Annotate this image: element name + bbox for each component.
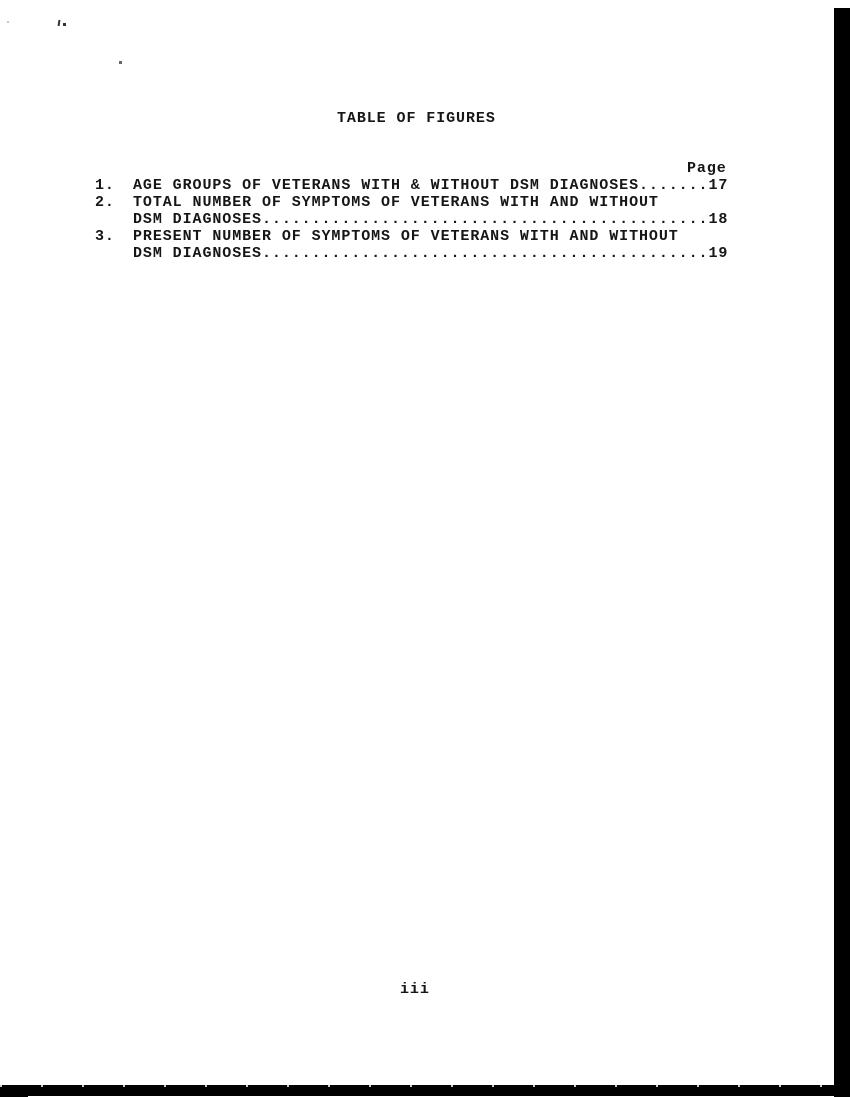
scan-speck bbox=[58, 20, 61, 26]
folio-page-number: iii bbox=[400, 981, 430, 998]
dot-leader: ....... bbox=[639, 177, 708, 194]
entry-title: PRESENT NUMBER OF SYMPTOMS OF VETERANS W… bbox=[133, 228, 679, 245]
page-title: TABLE OF FIGURES bbox=[337, 110, 496, 127]
dot-leader: ........................................… bbox=[262, 211, 708, 228]
scan-edge-right bbox=[834, 8, 850, 1097]
scan-speck bbox=[63, 23, 66, 26]
entry-title-continuation: DSM DIAGNOSES bbox=[133, 245, 262, 262]
scan-speck bbox=[7, 21, 9, 23]
toc-entry-3-continuation: DSM DIAGNOSES...........................… bbox=[133, 245, 728, 262]
scan-edge-bottom bbox=[0, 1085, 850, 1096]
scanned-document-page: TABLE OF FIGURES Page 1.AGE GROUPS OF VE… bbox=[0, 0, 850, 1097]
toc-entry-2-continuation: DSM DIAGNOSES...........................… bbox=[133, 211, 728, 228]
entry-number: 1. bbox=[95, 177, 133, 194]
entry-page-number: 19 bbox=[708, 245, 728, 262]
toc-entry-2: 2.TOTAL NUMBER OF SYMPTOMS OF VETERANS W… bbox=[95, 194, 659, 211]
page-column-label: Page bbox=[687, 160, 727, 177]
entry-number: 3. bbox=[95, 228, 133, 245]
toc-entry-3: 3.PRESENT NUMBER OF SYMPTOMS OF VETERANS… bbox=[95, 228, 679, 245]
entry-number: 2. bbox=[95, 194, 133, 211]
entry-page-number: 18 bbox=[708, 211, 728, 228]
entry-title-continuation: DSM DIAGNOSES bbox=[133, 211, 262, 228]
toc-entry-1: 1.AGE GROUPS OF VETERANS WITH & WITHOUT … bbox=[95, 177, 728, 194]
entry-title: AGE GROUPS OF VETERANS WITH & WITHOUT DS… bbox=[133, 177, 639, 194]
scan-speck bbox=[119, 61, 122, 64]
dot-leader: ........................................… bbox=[262, 245, 708, 262]
entry-title: TOTAL NUMBER OF SYMPTOMS OF VETERANS WIT… bbox=[133, 194, 659, 211]
entry-page-number: 17 bbox=[708, 177, 728, 194]
